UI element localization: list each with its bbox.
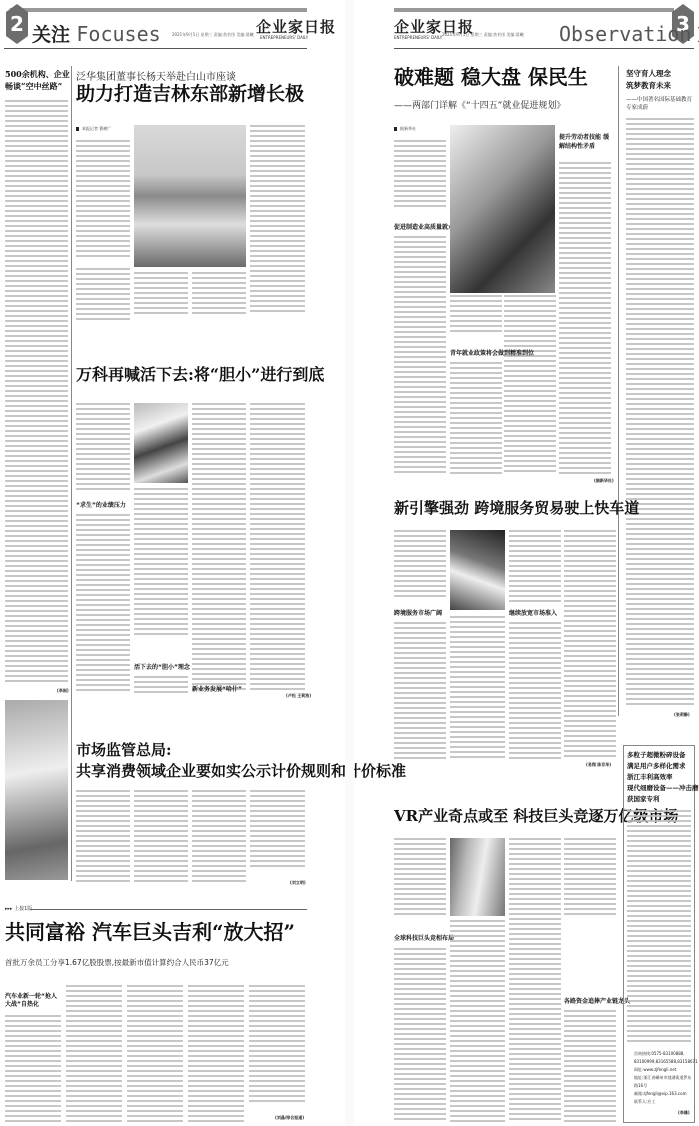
emp-subhead-1: 促进制造业高质量就业	[394, 222, 454, 231]
geely-col3	[127, 985, 183, 1123]
brief-title-2: 畅谈“空中丝路”	[5, 82, 62, 91]
geely-col2	[66, 985, 122, 1123]
section-en: Focuses	[76, 22, 160, 46]
vanke-col2	[134, 488, 188, 638]
samr-col1	[76, 790, 130, 885]
vanke-photo	[134, 403, 188, 483]
samr-credit: (刘立明)	[290, 880, 306, 886]
vanke-subhead-3: 新业务发展“哈什”	[192, 684, 242, 693]
trade-col1b	[394, 622, 446, 760]
masthead: 企业家日报	[256, 16, 336, 37]
column-tag: ▸▸▸ 上接1版	[5, 905, 32, 912]
contact-email: 邮箱:zjfengli@vip.163.com	[634, 1090, 694, 1098]
geely-headline: 共同富裕 汽车巨头吉利“放大招”	[5, 921, 295, 943]
patent-title-2: 满足用户多样化需求	[627, 763, 686, 770]
emp-col1	[394, 140, 446, 210]
newspaper-spread: 2 关注 Focuses 2021年9月1日 星期三 责编:焦若彤 美编:晨曦 …	[0, 0, 699, 1126]
edu-title-1: 坚守育人理念	[626, 70, 671, 78]
page-3: 3 企业家日报 ENTREPRENEURS' DAILY 2021年9月1日 星…	[354, 0, 699, 1126]
sidebar-photo	[5, 700, 68, 880]
lead-col4	[250, 125, 305, 315]
lead-byline: 本报记者 曹树广	[76, 126, 111, 132]
page-2: 2 关注 Focuses 2021年9月1日 星期三 责编:焦若彤 美编:晨曦 …	[0, 0, 345, 1126]
vr-subhead-1: 全球科技巨头竞相布局	[394, 933, 454, 942]
patent-title-1: 多粒子超微粉碎设备	[627, 752, 686, 759]
trade-col1	[394, 530, 446, 600]
dateline: 2021年9月1日 星期三 责编:焦若彤 美编:晨曦	[442, 32, 524, 38]
trade-subhead-2: 继续放宽市场准入	[509, 608, 557, 617]
vr-col4	[564, 838, 616, 918]
lead-col1b	[76, 268, 130, 320]
brief-credit: (李刚)	[57, 688, 69, 694]
trade-col2	[450, 616, 505, 760]
header-bar	[394, 8, 674, 12]
brief-title-1: 500余机构、企业	[5, 70, 70, 79]
trade-col4	[564, 530, 616, 760]
patent-title-4: 现代细磨设备——冲击磨	[627, 785, 699, 792]
lead-photo-meeting	[134, 125, 246, 267]
samr-col4	[250, 790, 305, 870]
emp-col2	[450, 295, 502, 333]
masthead-en: ENTREPRENEURS' DAILY	[394, 35, 442, 40]
contact-phone: 咨询热线:0575-83100888,	[634, 1050, 694, 1058]
header-rule	[4, 48, 307, 49]
edu-title-2: 筑梦教育未来	[626, 82, 671, 90]
page-gutter	[345, 0, 354, 1126]
brief-body-text	[5, 100, 68, 685]
vanke-credit: (卢松 王莉浩)	[286, 693, 311, 699]
lead-col1	[76, 140, 130, 260]
geely-rule	[30, 909, 307, 910]
geely-subhead: 汽车业新一轮“抢人大战”自热化	[5, 993, 61, 1009]
trade-photo	[450, 530, 505, 610]
geely-credit: (刘晶/综合报道)	[275, 1115, 304, 1121]
edu-subtitle: ——中国著名国际基础教育专家成蔚	[626, 96, 692, 112]
trade-col3	[509, 530, 561, 605]
emp-col2b	[450, 362, 502, 477]
geely-col5	[249, 985, 305, 1105]
section-en: Observation	[559, 22, 691, 46]
section-title: 关注 Focuses	[32, 20, 161, 47]
dateline: 2021年9月1日 星期三 责编:焦若彤 美编:晨曦	[172, 32, 254, 38]
masthead-en: ENTREPRENEURS' DAILY	[260, 35, 308, 40]
emp-subhead-3: 青年就业政策将会做到精准到位	[450, 348, 534, 357]
trade-credit: (易翔 陈京华)	[586, 762, 611, 768]
trade-headline: 新引擎强劲 跨境服务贸易驶上快车道	[394, 500, 639, 517]
patent-body	[627, 810, 691, 1045]
contact-address: 地址:浙江省嵊州市剡湖街道罗东路16号	[634, 1074, 694, 1090]
employment-credit: (据新华社)	[594, 478, 614, 484]
vr-col1b	[394, 948, 446, 1123]
vr-subhead-2: 各路资金追捧产业链龙头	[564, 996, 630, 1005]
trade-subhead-1: 跨境服务市场广阔	[394, 608, 442, 617]
vanke-col4	[250, 403, 305, 693]
emp-col4	[559, 162, 611, 477]
contact-person: 联系人:应工	[634, 1098, 694, 1106]
lead-headline: 助力打造吉林东部新增长极	[76, 84, 304, 105]
employment-subheadline: ——两部门详解《“十四五”就业促进规划》	[394, 98, 565, 111]
vr-col4b	[564, 1010, 616, 1123]
vr-col1	[394, 838, 446, 918]
vanke-col1	[76, 403, 130, 493]
section-title: Observation 观察	[559, 20, 699, 47]
emp-col3	[504, 295, 556, 475]
vanke-headline: 万科再喊活下去:将“胆小”进行到底	[76, 366, 324, 384]
geely-col1	[5, 1015, 61, 1123]
page-number-badge: 2	[6, 4, 28, 44]
samr-col3	[192, 790, 246, 885]
header-bar	[10, 8, 307, 12]
samr-headline-1: 市场监管总局:	[76, 742, 172, 759]
column-divider	[71, 66, 72, 881]
column-divider	[618, 66, 619, 716]
samr-col2	[134, 790, 188, 885]
vanke-subhead-2: 活下去的“胆小”理念	[134, 662, 190, 671]
patent-title-3: 浙江丰利高效率	[627, 774, 673, 781]
patent-contact: 咨询热线:0575-83100888, 83100999,83165588,83…	[634, 1050, 694, 1106]
contact-phone2: 83100999,83165588,83158671	[634, 1058, 694, 1066]
vanke-col2b	[134, 676, 188, 696]
vr-photo	[450, 838, 505, 916]
employment-headline: 破难题 稳大盘 保民生	[394, 66, 588, 88]
geely-subheadline: 首批万余员工分享1.67亿股股票,按最新市值计算约合人民币37亿元	[5, 957, 229, 968]
emp-subhead-2: 提升劳动者技能 缓解结构性矛盾	[559, 133, 611, 151]
lead-col2	[134, 272, 188, 317]
employment-byline: 据新华社	[394, 126, 416, 132]
header-rule	[394, 48, 694, 49]
contact-web: 网址:www.zjfengli.net	[634, 1066, 694, 1074]
edu-body	[626, 118, 694, 708]
vanke-subhead-1: “求生”的业绩压力	[76, 500, 126, 509]
edu-credit: (张莉静)	[674, 712, 690, 718]
lead-kicker: 泛华集团董事长杨天举赴白山市座谈	[76, 68, 236, 83]
trade-col3b	[509, 622, 561, 760]
patent-title-5: 获国家专利	[627, 796, 660, 803]
emp-col1b	[394, 236, 446, 476]
geely-col4	[188, 985, 244, 1123]
vanke-col1b	[76, 514, 130, 694]
vanke-col3	[192, 403, 246, 693]
vr-col3	[509, 838, 561, 1123]
vr-col2	[450, 920, 505, 1123]
section-cn: 关注	[32, 24, 70, 46]
lead-col3	[192, 272, 246, 317]
employment-photo	[450, 125, 555, 293]
